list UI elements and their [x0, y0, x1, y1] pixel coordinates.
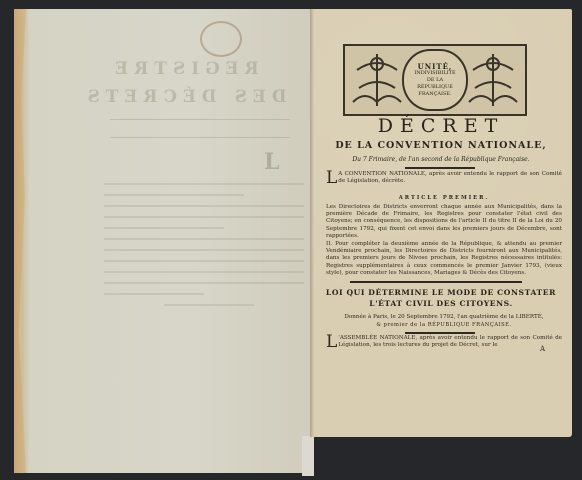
- decree-title: DÉCRET: [310, 115, 572, 137]
- left-page: REGISTRE DES DÉCRETS L: [14, 9, 310, 473]
- article-1: Les Directoires de Districts enverront c…: [326, 204, 562, 240]
- gutter-flap: [302, 436, 314, 476]
- gutter-shadow: [310, 9, 314, 437]
- vignette-cartouche: UNITÉ, INDIVISIBILITÉ DE LA RÉPUBLIQUE F…: [402, 49, 468, 111]
- decree-subtitle: DE LA CONVENTION NATIONALE,: [310, 140, 572, 151]
- loi-title-2: L'ÉTAT CIVIL DES CITOYENS.: [310, 298, 572, 309]
- divider-rule: [405, 167, 475, 169]
- loi-preamble: L'ASSEMBLÉE NATIONALE, après avoir enten…: [326, 335, 562, 349]
- decree-date: Du 7 Frimaire, de l'an second de la Répu…: [310, 156, 572, 163]
- show-through-text-block: [104, 174, 304, 315]
- show-through-rule: [110, 137, 290, 138]
- divider-rule: [350, 281, 522, 283]
- show-through-rule: [110, 119, 290, 120]
- loi-date-1: Donnée à Paris, le 20 Septembre 1792, l'…: [326, 314, 562, 321]
- article-2: II. Pour compléter la deuxième année de …: [326, 241, 562, 277]
- show-through-title-2: DES DÉCRETS: [74, 87, 294, 107]
- article-heading: ARTICLE PREMIER.: [326, 195, 562, 202]
- right-page: UNITÉ, INDIVISIBILITÉ DE LA RÉPUBLIQUE F…: [310, 9, 572, 437]
- stamp-mark: [200, 21, 242, 57]
- show-through-initial: L: [264, 149, 279, 175]
- loi-date-2: & premier de la RÉPUBLIQUE FRANÇAISE.: [326, 322, 562, 329]
- decree-preamble: LA CONVENTION NATIONALE, après avoir ent…: [326, 171, 562, 185]
- republican-vignette: UNITÉ, INDIVISIBILITÉ DE LA RÉPUBLIQUE F…: [343, 44, 527, 116]
- show-through-title-1: REGISTRE: [74, 59, 294, 79]
- ornament-left-icon: [349, 50, 405, 110]
- signature-mark: A: [540, 345, 545, 353]
- ornament-right-icon: [465, 50, 521, 110]
- divider-rule: [405, 332, 475, 334]
- loi-title-1: LOI QUI DÉTERMINE LE MODE DE CONSTATER: [310, 287, 572, 298]
